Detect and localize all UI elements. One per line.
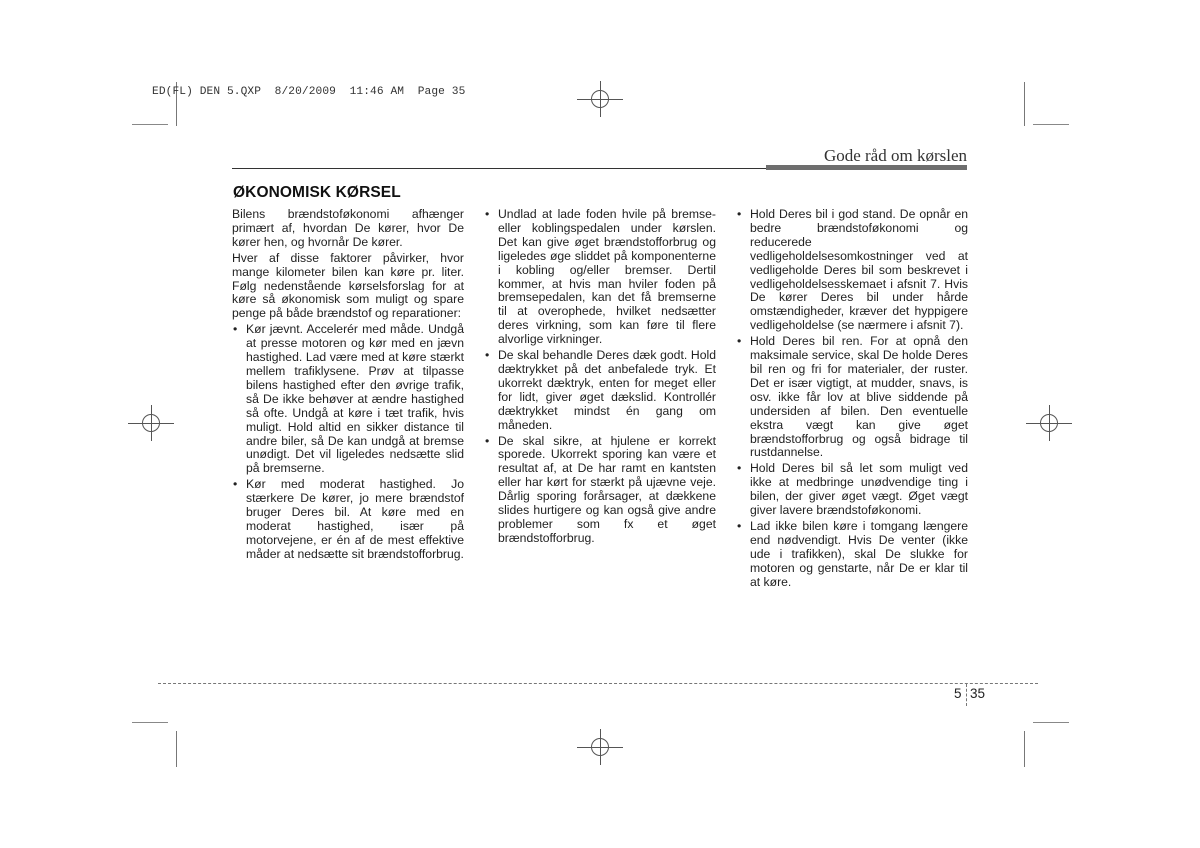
section-title: ØKONOMISK KØRSEL	[233, 184, 401, 202]
bullet-icon: •	[485, 349, 489, 363]
list-item-text: Kør med moderat hastighed. Jo stærkere D…	[246, 477, 464, 561]
list-item: •De skal behandle Deres dæk godt. Hold d…	[484, 349, 716, 432]
print-slug-line: ED(FL) DEN 5.QXP 8/20/2009 11:46 AM Page…	[152, 86, 465, 98]
text-column-3: •Hold Deres bil i god stand. De opnår en…	[736, 208, 968, 591]
paragraph: Bilens brændstoføkonomi afhænger primært…	[232, 208, 464, 250]
list-item-text: Kør jævnt. Accelerér med måde. Undgå at …	[246, 322, 464, 475]
crop-mark-top-right-horizontal	[1033, 124, 1069, 125]
crop-mark-top-right-vertical	[1024, 82, 1025, 126]
list-item: •Lad ikke bilen køre i tomgang længere e…	[736, 520, 968, 590]
crop-mark-bottom-right-horizontal	[1033, 722, 1069, 723]
list-item-text: Hold Deres bil i god stand. De opnår en …	[750, 207, 968, 332]
page-number: 35	[970, 686, 985, 701]
bullet-icon: •	[737, 520, 741, 534]
list-item: •Hold Deres bil i god stand. De opnår en…	[736, 208, 968, 333]
header-rule-accent	[766, 165, 967, 170]
list-item: •Kør jævnt. Accelerér med måde. Undgå at…	[232, 323, 464, 476]
list-item-text: Undlad at lade foden hvile på bremse- el…	[498, 207, 716, 346]
list-item-text: Lad ikke bilen køre i tomgang længere en…	[750, 519, 968, 589]
bullet-icon: •	[737, 335, 741, 349]
list-item: •De skal sikre, at hjulene er korrekt sp…	[484, 435, 716, 546]
list-item: •Hold Deres bil ren. For at opnå den mak…	[736, 335, 968, 460]
bullet-icon: •	[737, 462, 741, 476]
header-rule	[232, 168, 768, 169]
chapter-title: Gode råd om kørslen	[824, 146, 967, 166]
bullet-icon: •	[485, 208, 489, 222]
list-item: •Kør med moderat hastighed. Jo stærkere …	[232, 478, 464, 561]
bullet-icon: •	[233, 478, 237, 492]
bullet-list: •Undlad at lade foden hvile på bremse- e…	[484, 208, 716, 546]
paragraph: Hver af disse faktorer påvirker, hvor ma…	[232, 252, 464, 322]
crop-mark-bottom-left-vertical	[176, 731, 177, 767]
list-item-text: De skal behandle Deres dæk godt. Hold dæ…	[498, 348, 716, 432]
bullet-icon: •	[485, 435, 489, 449]
bullet-icon: •	[737, 208, 741, 222]
footer-dashed-rule	[158, 683, 1038, 684]
bullet-list: •Kør jævnt. Accelerér med måde. Undgå at…	[232, 323, 464, 561]
list-item: •Undlad at lade foden hvile på bremse- e…	[484, 208, 716, 347]
bullet-icon: •	[233, 323, 237, 337]
page-number-divider	[966, 684, 967, 706]
list-item: •Hold Deres bil så let som muligt ved ik…	[736, 462, 968, 518]
chapter-number: 5	[954, 686, 962, 701]
crop-mark-bottom-right-vertical	[1024, 731, 1025, 767]
list-item-text: De skal sikre, at hjulene er korrekt spo…	[498, 434, 716, 545]
list-item-text: Hold Deres bil ren. For at opnå den maks…	[750, 334, 968, 459]
list-item-text: Hold Deres bil så let som muligt ved ikk…	[750, 461, 968, 517]
text-column-1: Bilens brændstoføkonomi afhænger primært…	[232, 208, 464, 564]
crop-mark-bottom-left-horizontal	[132, 722, 168, 723]
bullet-list: •Hold Deres bil i god stand. De opnår en…	[736, 208, 968, 589]
text-column-2: •Undlad at lade foden hvile på bremse- e…	[484, 208, 716, 548]
crop-mark-top-left-horizontal	[132, 124, 168, 125]
